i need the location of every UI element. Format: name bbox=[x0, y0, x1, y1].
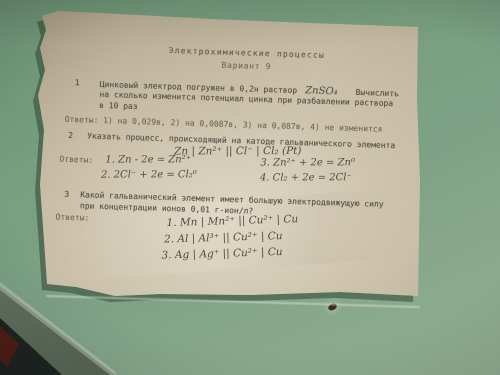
q2-equation-4: 4. Cl₂ + 2e = 2Cl⁻ bbox=[260, 172, 352, 184]
q3-answers-label: Ответы: bbox=[55, 213, 89, 224]
q1-line3: в 10 раз bbox=[99, 101, 138, 112]
q3-cell-item-1: 1. Mn | Mn²⁺ || Cu²⁺ | Cu bbox=[166, 213, 298, 229]
q1-line1-tail: Вычислить bbox=[355, 88, 399, 98]
q2-equation-3: 3. Zn²⁺ + 2e = Zn⁰ bbox=[260, 157, 355, 169]
q2-answers-label: Ответы: bbox=[59, 155, 93, 166]
q1-number: 1 bbox=[75, 78, 80, 88]
q2-equation-2: 2. 2Cl⁻ + 2e = Cl₂⁰ bbox=[101, 169, 197, 181]
paper-content: Электрохимические процессы Вариант 9 1 Ц… bbox=[33, 13, 424, 315]
photo-scene: Электрохимические процессы Вариант 9 1 Ц… bbox=[0, 0, 500, 375]
q3-cell-item-2: 2. Al | Al³⁺ || Cu²⁺ | Cu bbox=[164, 230, 283, 246]
q3-cell-item-3: 3. Ag | Ag⁺ || Cu²⁺ | Cu bbox=[161, 246, 282, 262]
q2-number: 2 bbox=[68, 131, 73, 141]
q3-number: 3 bbox=[64, 190, 69, 200]
exam-paper: Электрохимические процессы Вариант 9 1 Ц… bbox=[0, 0, 500, 375]
q2-equation-1: 1. Zn - 2e = Zn²⁺ bbox=[105, 154, 191, 166]
